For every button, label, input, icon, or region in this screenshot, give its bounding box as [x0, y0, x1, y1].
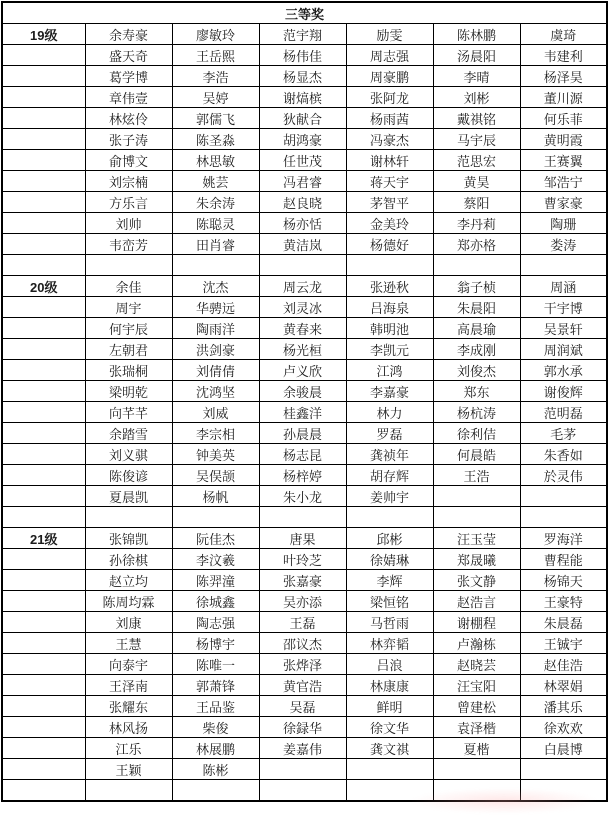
name-cell: 章伟壹 [85, 87, 172, 108]
table-row: 余踏雪李宗相孙晨晨罗磊徐利佶毛茅 [2, 423, 607, 444]
name-cell: 刘义骐 [85, 444, 172, 465]
name-cell: 杨梓婷 [259, 465, 346, 486]
name-cell: 罗磊 [346, 423, 433, 444]
name-cell: 陈圣淼 [172, 129, 259, 150]
name-cell: 李嘉豪 [346, 381, 433, 402]
name-cell: 刘彬 [433, 87, 520, 108]
name-cell: 阮佳杰 [172, 528, 259, 549]
name-cell: 徐録华 [259, 717, 346, 738]
name-cell: 周宇 [85, 297, 172, 318]
name-cell: 黄官浩 [259, 675, 346, 696]
name-cell: 陈唯一 [172, 654, 259, 675]
grade-cell-empty [2, 87, 85, 108]
name-cell: 杨亦恬 [259, 213, 346, 234]
name-cell: 张阿龙 [346, 87, 433, 108]
name-cell: 娄涛 [520, 234, 607, 255]
name-cell: 杨显杰 [259, 66, 346, 87]
name-cell: 杨泽昊 [520, 66, 607, 87]
name-cell: 龚祯年 [346, 444, 433, 465]
table-row: 张耀东王品鉴吴磊鲜明曾建松潘其乐 [2, 696, 607, 717]
grade-cell-empty [2, 444, 85, 465]
name-cell: 方乐言 [85, 192, 172, 213]
name-cell: 张逊秋 [346, 276, 433, 297]
name-cell: 谢棚程 [433, 612, 520, 633]
name-cell: 毛茅 [520, 423, 607, 444]
empty-cell [259, 780, 346, 802]
grade-cell-empty [2, 45, 85, 66]
name-cell: 杨帆 [172, 486, 259, 507]
table-row: 向芊芊刘威桂鑫洋林力杨杭涛范明磊 [2, 402, 607, 423]
name-cell: 杨锦天 [520, 570, 607, 591]
name-cell: 黄昊 [433, 171, 520, 192]
grade-cell-empty [2, 570, 85, 591]
name-cell: 马宇辰 [433, 129, 520, 150]
empty-cell [520, 507, 607, 528]
grade-cell-empty [2, 612, 85, 633]
name-cell: 葛学博 [85, 66, 172, 87]
grade-cell-empty [2, 717, 85, 738]
empty-cell [85, 255, 172, 276]
name-cell: 洪剑豪 [172, 339, 259, 360]
name-cell: 林展鹏 [172, 738, 259, 759]
name-cell: 周润斌 [520, 339, 607, 360]
grade-cell: 20级 [2, 276, 85, 297]
grade-cell-empty [2, 654, 85, 675]
name-cell: 杨雨茜 [346, 108, 433, 129]
grade-cell-empty [2, 171, 85, 192]
grade-cell-empty [2, 318, 85, 339]
name-cell: 黄洁岚 [259, 234, 346, 255]
name-cell: 杨伟佳 [259, 45, 346, 66]
grade-cell-empty [2, 486, 85, 507]
name-cell: 夏楷 [433, 738, 520, 759]
name-cell: 朱余涛 [172, 192, 259, 213]
name-cell: 马哲雨 [346, 612, 433, 633]
name-cell: 赵立均 [85, 570, 172, 591]
table-row: 江乐林展鹏姜嘉伟龚文祺夏楷白晨博 [2, 738, 607, 759]
name-cell: 邱彬 [346, 528, 433, 549]
grade-cell-empty [2, 423, 85, 444]
name-cell: 汤晨阳 [433, 45, 520, 66]
name-cell: 桂鑫洋 [259, 402, 346, 423]
name-cell: 郑亦格 [433, 234, 520, 255]
name-cell: 蒋天宇 [346, 171, 433, 192]
name-cell: 田肖睿 [172, 234, 259, 255]
name-cell: 余寿豪 [85, 24, 172, 45]
table-row: 王泽南郭萧锋黄官浩林康康汪宝阳林翠娟 [2, 675, 607, 696]
name-cell: 朱晨磊 [520, 612, 607, 633]
name-cell: 谢俊辉 [520, 381, 607, 402]
name-cell: 卢瀚栋 [433, 633, 520, 654]
name-cell: 何宇辰 [85, 318, 172, 339]
table-body: 19级余寿豪廖敏玲范宇翔励雯陈林鹏虞琦盛天奇王岳熙杨伟佳周志强汤晨阳韦建利葛学博… [2, 24, 607, 802]
name-cell: 赵良晓 [259, 192, 346, 213]
name-cell: 励雯 [346, 24, 433, 45]
table-row: 孙徐棋李汶羲叶玲芝徐婧琳郑晟曦曹程能 [2, 549, 607, 570]
empty-cell [433, 780, 520, 802]
name-cell: 陶雨洋 [172, 318, 259, 339]
name-cell: 罗海洋 [520, 528, 607, 549]
empty-cell [520, 759, 607, 780]
table-row: 王颖陈彬 [2, 759, 607, 780]
name-cell: 胡鸿豪 [259, 129, 346, 150]
grade-cell-empty [2, 402, 85, 423]
name-cell: 吕浪 [346, 654, 433, 675]
name-cell: 梁明乾 [85, 381, 172, 402]
name-cell: 任世茂 [259, 150, 346, 171]
name-cell: 曹程能 [520, 549, 607, 570]
name-cell: 刘威 [172, 402, 259, 423]
name-cell: 王赛翼 [520, 150, 607, 171]
name-cell: 陈周均霖 [85, 591, 172, 612]
name-cell: 谢熇槟 [259, 87, 346, 108]
name-cell: 郭儒飞 [172, 108, 259, 129]
name-cell: 黄明霞 [520, 129, 607, 150]
table-row: 梁明乾沈鸿坚余骏晨李嘉豪郑东谢俊辉 [2, 381, 607, 402]
name-cell: 曾建松 [433, 696, 520, 717]
grade-cell-empty [2, 192, 85, 213]
table-row: 21级张锦凯阮佳杰唐果邱彬汪玉莹罗海洋 [2, 528, 607, 549]
name-cell: 柴俊 [172, 717, 259, 738]
name-cell: 韩明池 [346, 318, 433, 339]
name-cell: 梁恒铭 [346, 591, 433, 612]
table-row: 葛学博李浩杨显杰周豪鹏李晴杨泽昊 [2, 66, 607, 87]
name-cell: 龚文祺 [346, 738, 433, 759]
table-row: 刘义骐钟美英杨志昆龚祯年何晨皓朱香如 [2, 444, 607, 465]
table-row: 19级余寿豪廖敏玲范宇翔励雯陈林鹏虞琦 [2, 24, 607, 45]
empty-cell [346, 507, 433, 528]
name-cell: 林思敏 [172, 150, 259, 171]
empty-cell [172, 780, 259, 802]
name-cell: 林翠娟 [520, 675, 607, 696]
name-cell: 俞博文 [85, 150, 172, 171]
grade-cell-empty [2, 633, 85, 654]
name-cell: 翁子桢 [433, 276, 520, 297]
name-cell: 李宗相 [172, 423, 259, 444]
name-cell: 徐婧琳 [346, 549, 433, 570]
name-cell: 冯豪杰 [346, 129, 433, 150]
name-cell: 袁泽楷 [433, 717, 520, 738]
grade-cell-empty [2, 213, 85, 234]
name-cell: 邵议杰 [259, 633, 346, 654]
name-cell: 华骋远 [172, 297, 259, 318]
name-cell: 王颖 [85, 759, 172, 780]
name-cell: 向芊芊 [85, 402, 172, 423]
name-cell: 於灵伟 [520, 465, 607, 486]
name-cell: 陈聪灵 [172, 213, 259, 234]
grade-cell-empty [2, 150, 85, 171]
name-cell: 冯君睿 [259, 171, 346, 192]
name-cell: 夏晨凯 [85, 486, 172, 507]
name-cell: 吴景轩 [520, 318, 607, 339]
name-cell: 张子涛 [85, 129, 172, 150]
name-cell: 钟美英 [172, 444, 259, 465]
table-row: 张子涛陈圣淼胡鸿豪冯豪杰马宇辰黄明霞 [2, 129, 607, 150]
table-row: 韦峦芳田肖睿黄洁岚杨德好郑亦格娄涛 [2, 234, 607, 255]
name-cell: 朱香如 [520, 444, 607, 465]
name-cell: 李凯元 [346, 339, 433, 360]
grade-cell-empty [2, 591, 85, 612]
grade-cell-empty [2, 66, 85, 87]
name-cell: 徐欢欢 [520, 717, 607, 738]
name-cell: 白晨博 [520, 738, 607, 759]
name-cell: 茅智平 [346, 192, 433, 213]
empty-cell [520, 780, 607, 802]
name-cell: 刘宗楠 [85, 171, 172, 192]
name-cell: 吴婷 [172, 87, 259, 108]
name-cell: 杨德好 [346, 234, 433, 255]
name-cell: 黄春来 [259, 318, 346, 339]
separator-row [2, 255, 607, 276]
name-cell: 林风扬 [85, 717, 172, 738]
name-cell: 陈俊谚 [85, 465, 172, 486]
name-cell: 张耀东 [85, 696, 172, 717]
empty-cell [433, 759, 520, 780]
empty-cell [433, 255, 520, 276]
name-cell: 林弈韬 [346, 633, 433, 654]
empty-cell [85, 780, 172, 802]
grade-cell-empty [2, 381, 85, 402]
empty-cell [346, 780, 433, 802]
name-cell: 王品鉴 [172, 696, 259, 717]
name-cell: 陈彬 [172, 759, 259, 780]
name-cell: 鲜明 [346, 696, 433, 717]
name-cell: 江乐 [85, 738, 172, 759]
name-cell: 赵晓芸 [433, 654, 520, 675]
table-row: 王慧杨博宇邵议杰林弈韬卢瀚栋王铖宇 [2, 633, 607, 654]
name-cell: 叶玲芝 [259, 549, 346, 570]
name-cell: 狄献合 [259, 108, 346, 129]
name-cell: 杨博宇 [172, 633, 259, 654]
grade-cell-empty [2, 465, 85, 486]
name-cell: 李丹莉 [433, 213, 520, 234]
table-row: 陈俊谚吴俣颉杨梓婷胡存辉王浩於灵伟 [2, 465, 607, 486]
name-cell: 姜嘉伟 [259, 738, 346, 759]
name-cell: 周豪鹏 [346, 66, 433, 87]
name-cell: 郭萧锋 [172, 675, 259, 696]
separator-row [2, 507, 607, 528]
name-cell: 沈杰 [172, 276, 259, 297]
name-cell: 姚芸 [172, 171, 259, 192]
name-cell: 胡存辉 [346, 465, 433, 486]
page-title: 三等奖 [2, 2, 607, 24]
name-cell: 陈羿潼 [172, 570, 259, 591]
table-row: 张瑞桐刘倩倩卢义欣江鸿刘俊杰郭水承 [2, 360, 607, 381]
grade-cell-empty [2, 360, 85, 381]
grade-cell-empty [2, 129, 85, 150]
name-cell: 姜帅宇 [346, 486, 433, 507]
prize-sheet: 三等奖 19级余寿豪廖敏玲范宇翔励雯陈林鹏虞琦盛天奇王岳熙杨伟佳周志强汤晨阳韦建… [1, 1, 607, 802]
name-cell: 吕海泉 [346, 297, 433, 318]
name-cell: 汪宝阳 [433, 675, 520, 696]
name-cell: 曹家豪 [520, 192, 607, 213]
name-cell: 金美玲 [346, 213, 433, 234]
grade-cell-empty [2, 759, 85, 780]
name-cell: 余佳 [85, 276, 172, 297]
empty-cell [259, 759, 346, 780]
name-cell: 董川源 [520, 87, 607, 108]
name-cell: 左朝君 [85, 339, 172, 360]
name-cell: 郑东 [433, 381, 520, 402]
name-cell: 吴俣颉 [172, 465, 259, 486]
name-cell: 陶珊 [520, 213, 607, 234]
name-cell: 王岳熙 [172, 45, 259, 66]
empty-cell [259, 507, 346, 528]
name-cell: 刘倩倩 [172, 360, 259, 381]
empty-cell [172, 255, 259, 276]
table-row: 向泰宇陈唯一张烨泽吕浪赵晓芸赵佳浩 [2, 654, 607, 675]
name-cell: 余踏雪 [85, 423, 172, 444]
table-row: 章伟壹吴婷谢熇槟张阿龙刘彬董川源 [2, 87, 607, 108]
name-cell: 高晨瑜 [433, 318, 520, 339]
name-cell: 刘灵冰 [259, 297, 346, 318]
empty-cell [2, 507, 85, 528]
name-cell: 赵浩言 [433, 591, 520, 612]
name-cell: 杨光桓 [259, 339, 346, 360]
table-row: 俞博文林思敏任世茂谢林轩范思宏王赛翼 [2, 150, 607, 171]
name-cell: 汪玉莹 [433, 528, 520, 549]
empty-cell [433, 507, 520, 528]
grade-cell-empty [2, 108, 85, 129]
empty-cell [2, 255, 85, 276]
table-row: 赵立均陈羿潼张嘉豪李辉张文静杨锦天 [2, 570, 607, 591]
name-cell: 王磊 [259, 612, 346, 633]
table-row: 林风扬柴俊徐録华徐文华袁泽楷徐欢欢 [2, 717, 607, 738]
table-row: 左朝君洪剑豪杨光桓李凯元李成刚周润斌 [2, 339, 607, 360]
empty-cell [346, 759, 433, 780]
grade-cell: 19级 [2, 24, 85, 45]
name-cell: 干宇博 [520, 297, 607, 318]
name-cell: 唐果 [259, 528, 346, 549]
table-row: 林炫伶郭儒飞狄献合杨雨茜戴祺铭何乐菲 [2, 108, 607, 129]
name-cell: 朱小龙 [259, 486, 346, 507]
name-cell: 陈林鹏 [433, 24, 520, 45]
table-row: 夏晨凯杨帆朱小龙姜帅宇 [2, 486, 607, 507]
name-cell: 张锦凯 [85, 528, 172, 549]
name-cell: 盛天奇 [85, 45, 172, 66]
name-cell: 吴亦添 [259, 591, 346, 612]
name-cell: 林力 [346, 402, 433, 423]
name-cell: 周志强 [346, 45, 433, 66]
grade-cell-empty [2, 738, 85, 759]
table-row: 何宇辰陶雨洋黄春来韩明池高晨瑜吴景轩 [2, 318, 607, 339]
name-cell: 徐利佶 [433, 423, 520, 444]
name-cell: 郭水承 [520, 360, 607, 381]
name-cell: 李辉 [346, 570, 433, 591]
name-cell: 陶志强 [172, 612, 259, 633]
name-cell: 朱晨阳 [433, 297, 520, 318]
name-cell: 林炫伶 [85, 108, 172, 129]
name-cell: 何晨皓 [433, 444, 520, 465]
prize-table: 三等奖 19级余寿豪廖敏玲范宇翔励雯陈林鹏虞琦盛天奇王岳熙杨伟佳周志强汤晨阳韦建… [1, 1, 608, 802]
name-cell: 卢义欣 [259, 360, 346, 381]
table-row: 盛天奇王岳熙杨伟佳周志强汤晨阳韦建利 [2, 45, 607, 66]
name-cell: 余骏晨 [259, 381, 346, 402]
name-cell: 杨志昆 [259, 444, 346, 465]
name-cell: 王豪特 [520, 591, 607, 612]
empty-cell [520, 486, 607, 507]
name-cell: 虞琦 [520, 24, 607, 45]
table-row: 刘宗楠姚芸冯君睿蒋天宇黄昊邹浩宁 [2, 171, 607, 192]
name-cell: 张文静 [433, 570, 520, 591]
name-cell: 孙徐棋 [85, 549, 172, 570]
name-cell: 徐城鑫 [172, 591, 259, 612]
name-cell: 赵佳浩 [520, 654, 607, 675]
empty-cell [433, 486, 520, 507]
grade-cell-empty [2, 696, 85, 717]
name-cell: 吴磊 [259, 696, 346, 717]
name-cell: 邹浩宁 [520, 171, 607, 192]
grade-cell-empty [2, 339, 85, 360]
name-cell: 向泰宇 [85, 654, 172, 675]
table-row: 20级余佳沈杰周云龙张逊秋翁子桢周涵 [2, 276, 607, 297]
name-cell: 何乐菲 [520, 108, 607, 129]
name-cell: 蔡阳 [433, 192, 520, 213]
table-row: 方乐言朱余涛赵良晓茅智平蔡阳曹家豪 [2, 192, 607, 213]
name-cell: 潘其乐 [520, 696, 607, 717]
name-cell: 杨杭涛 [433, 402, 520, 423]
name-cell: 范宇翔 [259, 24, 346, 45]
empty-cell [2, 780, 85, 802]
name-cell: 沈鸿坚 [172, 381, 259, 402]
table-row: 陈周均霖徐城鑫吴亦添梁恒铭赵浩言王豪特 [2, 591, 607, 612]
name-cell: 周云龙 [259, 276, 346, 297]
title-row: 三等奖 [2, 2, 607, 24]
name-cell: 周涵 [520, 276, 607, 297]
name-cell: 李汶羲 [172, 549, 259, 570]
name-cell: 张烨泽 [259, 654, 346, 675]
table-row: 周宇华骋远刘灵冰吕海泉朱晨阳干宇博 [2, 297, 607, 318]
name-cell: 刘帅 [85, 213, 172, 234]
grade-cell-empty [2, 234, 85, 255]
name-cell: 韦建利 [520, 45, 607, 66]
name-cell: 王铖宇 [520, 633, 607, 654]
empty-cell [259, 255, 346, 276]
empty-cell [346, 255, 433, 276]
empty-cell [85, 507, 172, 528]
name-cell: 王浩 [433, 465, 520, 486]
name-cell: 范思宏 [433, 150, 520, 171]
name-cell: 李浩 [172, 66, 259, 87]
table-row: 刘康陶志强王磊马哲雨谢棚程朱晨磊 [2, 612, 607, 633]
empty-cell [520, 255, 607, 276]
name-cell: 江鸿 [346, 360, 433, 381]
name-cell: 刘俊杰 [433, 360, 520, 381]
name-cell: 谢林轩 [346, 150, 433, 171]
grade-cell-empty [2, 549, 85, 570]
name-cell: 郑晟曦 [433, 549, 520, 570]
name-cell: 孙晨晨 [259, 423, 346, 444]
name-cell: 范明磊 [520, 402, 607, 423]
name-cell: 王慧 [85, 633, 172, 654]
name-cell: 林康康 [346, 675, 433, 696]
name-cell: 王泽南 [85, 675, 172, 696]
name-cell: 徐文华 [346, 717, 433, 738]
name-cell: 廖敏玲 [172, 24, 259, 45]
grade-cell: 21级 [2, 528, 85, 549]
name-cell: 刘康 [85, 612, 172, 633]
table-row: 刘帅陈聪灵杨亦恬金美玲李丹莉陶珊 [2, 213, 607, 234]
grade-cell-empty [2, 675, 85, 696]
name-cell: 李晴 [433, 66, 520, 87]
grade-cell-empty [2, 297, 85, 318]
name-cell: 戴祺铭 [433, 108, 520, 129]
name-cell: 李成刚 [433, 339, 520, 360]
name-cell: 韦峦芳 [85, 234, 172, 255]
separator-row [2, 780, 607, 802]
name-cell: 张瑞桐 [85, 360, 172, 381]
empty-cell [172, 507, 259, 528]
